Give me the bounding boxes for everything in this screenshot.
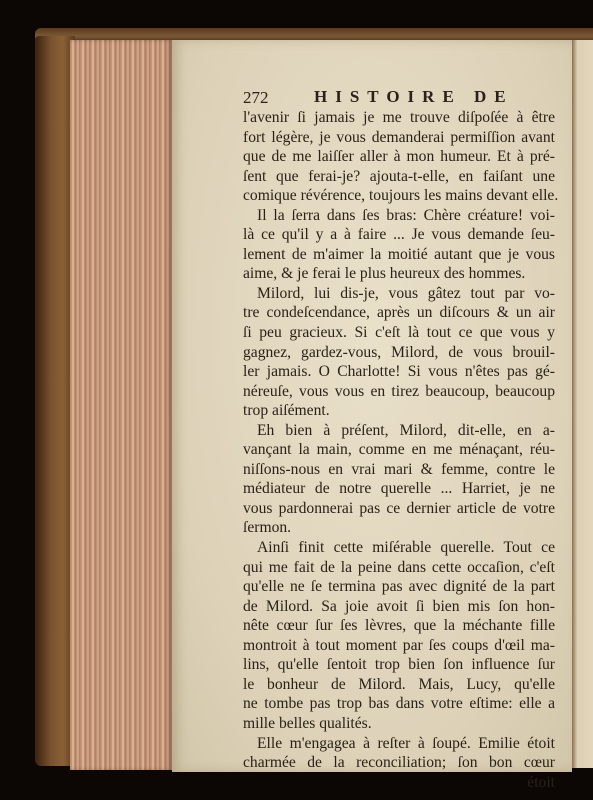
- text-line: gagnez, gardez-vous, Milord, de vous bro…: [243, 343, 555, 363]
- text-line: ler jamais. O Charlotte! Si vous n'êtes …: [243, 362, 555, 382]
- text-line: mille belles qualités.: [243, 714, 555, 734]
- text-line: niſſons-nous en vrai mari & femme, contr…: [243, 460, 555, 480]
- text-line: que de me laiſſer aller à mon humeur. Et…: [243, 147, 555, 167]
- text-line: médiateur de notre querelle ... Harriet,…: [243, 479, 555, 499]
- page-number: 272: [243, 88, 269, 108]
- text-line: Il la ſerra dans ſes bras: Chère créatur…: [243, 206, 555, 226]
- running-title: HISTOIRE DE: [314, 87, 514, 107]
- text-line: Elle m'engagea à reſter à ſoupé. Emilie …: [243, 734, 555, 754]
- text-line: Ainſi finit cette miſérable querelle. To…: [243, 538, 555, 558]
- text-line: fort légère, je vous demanderai permiſſi…: [243, 128, 555, 148]
- text-line: ſermon.: [243, 518, 555, 538]
- text-line: le bonheur de Milord. Mais, Lucy, qu'ell…: [243, 675, 555, 695]
- text-line: Milord, lui dis-je, vous gâtez tout par …: [243, 284, 555, 304]
- text-line: qui me fait de la peine dans cette occaſ…: [243, 558, 555, 578]
- text-line: trop aiſément.: [243, 401, 555, 421]
- text-line: ne tombe pas trop bas dans votre eſtime:…: [243, 694, 555, 714]
- facing-page-edge: [572, 40, 593, 768]
- text-line: Eh bien à préſent, Milord, dit-elle, en …: [243, 421, 555, 441]
- text-line: charmée de la reconciliation; ſon bon cœ…: [243, 753, 555, 773]
- text-line: comique révérence, toujours les mains de…: [243, 186, 555, 206]
- page-edges-stack: [70, 40, 172, 770]
- page-header: 272 HISTOIRE DE: [243, 88, 563, 108]
- text-line: nête cœur ſur ſes lèvres, que la méchant…: [243, 616, 555, 636]
- text-line: montroit à tout moment par ſes coups d'œ…: [243, 636, 555, 656]
- text-line: vançant la main, comme en me ménaçant, r…: [243, 440, 555, 460]
- catchword: étoit: [243, 773, 555, 793]
- text-line: ſi peu gracieux. Si c'eſt là tout ce que…: [243, 323, 555, 343]
- book-cover-spine: [35, 36, 75, 766]
- text-line: aime, & je ferai le plus heureux des hom…: [243, 264, 555, 284]
- text-line: vous pardonnerai pas ce dernier article …: [243, 499, 555, 519]
- page-body-text: l'avenir ſi jamais je me trouve diſpoſée…: [243, 108, 555, 792]
- text-line: néreuſe, vous vous en tirez beaucoup, be…: [243, 382, 555, 402]
- text-line: ſent que ferai-je? ajouta-t-elle, en fai…: [243, 167, 555, 187]
- text-line: de Milord. Sa joie avoit ſi bien mis ſon…: [243, 597, 555, 617]
- text-line: lins, qu'elle ſentoit trop bien ſon infl…: [243, 655, 555, 675]
- text-line: tre condeſcendance, après un diſcours & …: [243, 303, 555, 323]
- text-line: qu'elle ne ſe termina pas avec dignité d…: [243, 577, 555, 597]
- text-line: là ce qu'il y a à faire ... Je vous dema…: [243, 225, 555, 245]
- text-line: lement de m'aimer la moitié autant que j…: [243, 245, 555, 265]
- text-line: l'avenir ſi jamais je me trouve diſpoſée…: [243, 108, 555, 128]
